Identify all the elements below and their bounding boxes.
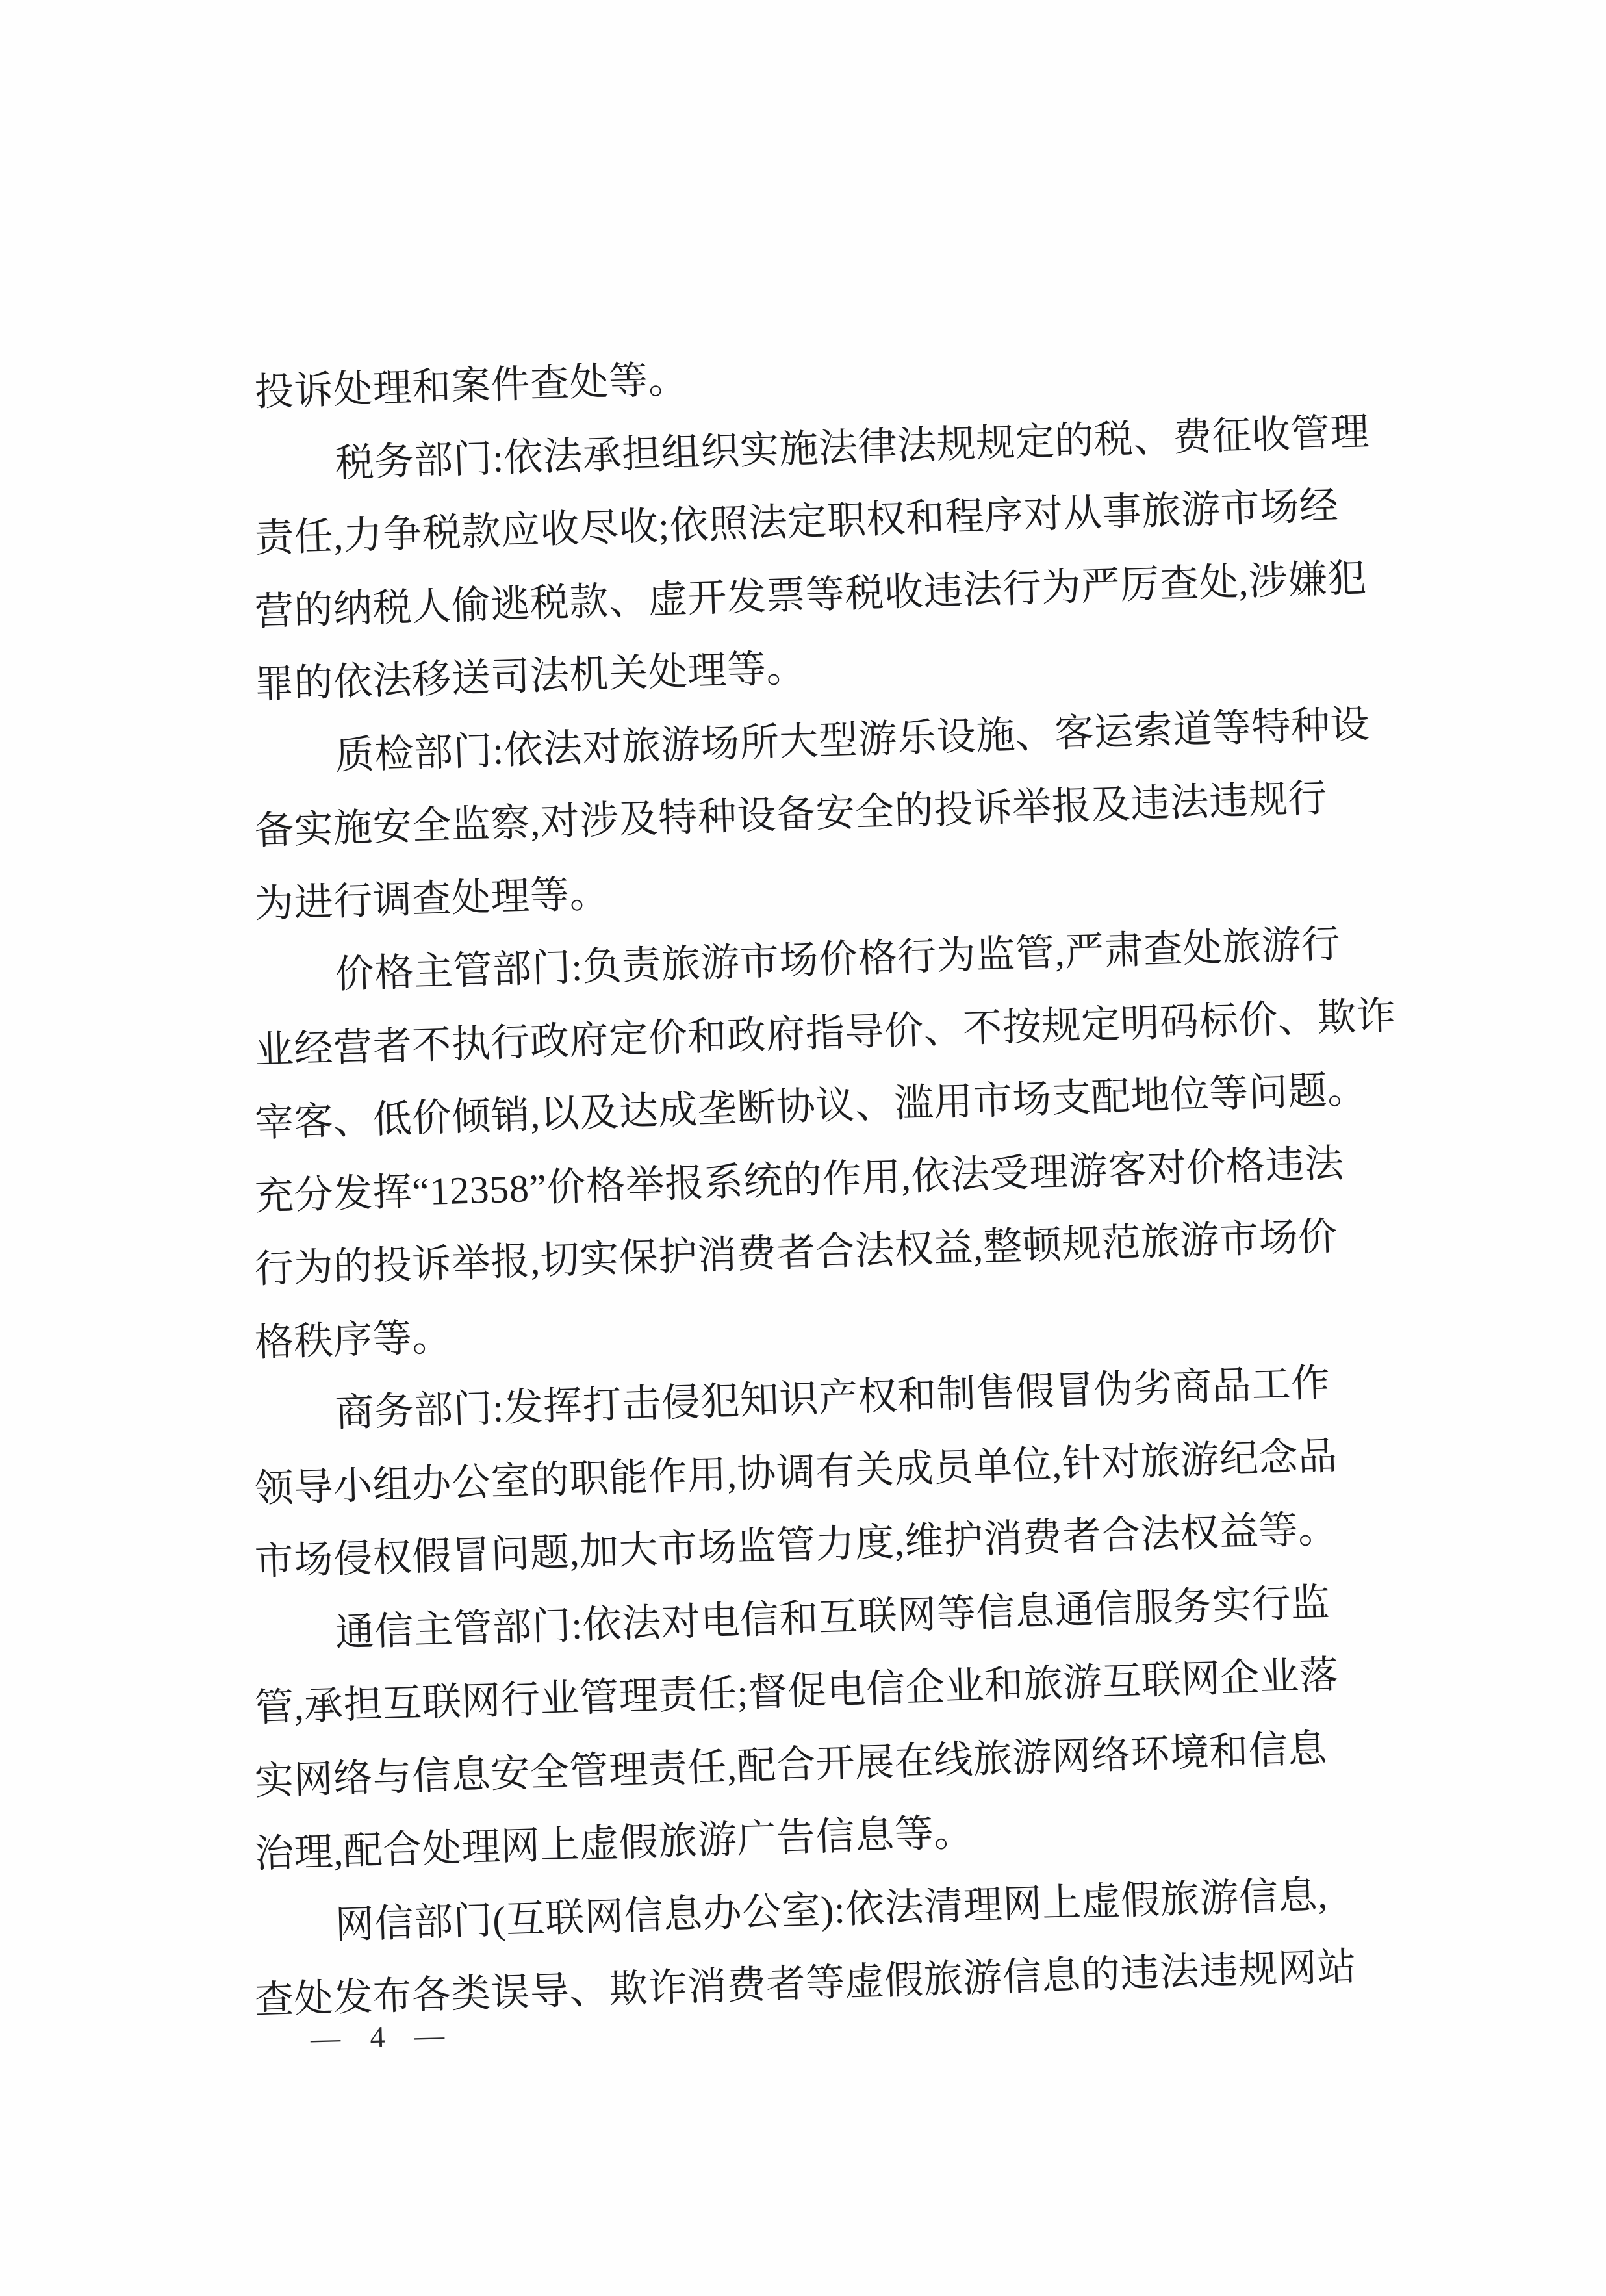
document-text-block: 投诉处理和案件查处等。税务部门:依法承担组织实施法律法规规定的税、费征收管理责任…	[255, 356, 1403, 2037]
document-page: 投诉处理和案件查处等。税务部门:依法承担组织实施法律法规规定的税、费征收管理责任…	[0, 0, 1606, 2296]
page-footer: — 4 —	[310, 2015, 446, 2060]
page-number: — 4 —	[310, 2019, 446, 2055]
